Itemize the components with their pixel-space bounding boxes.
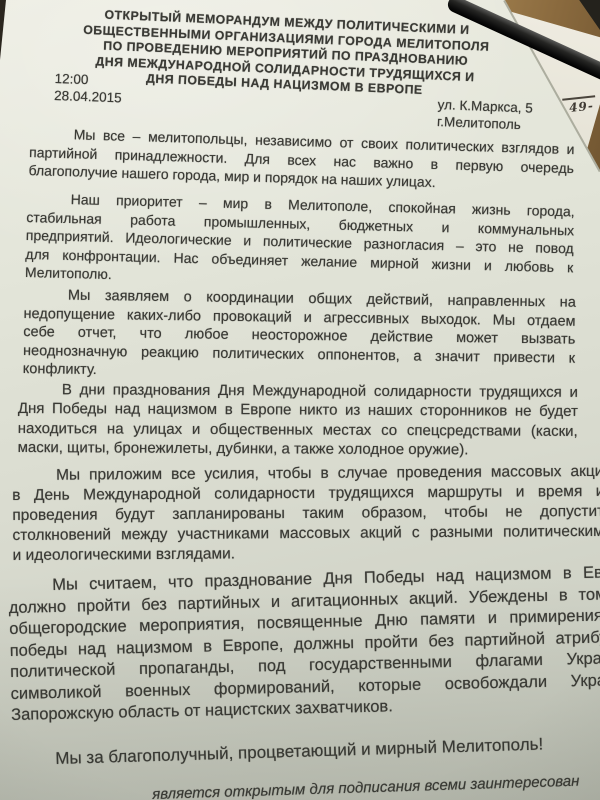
text-line: столкновений между участниками массовых …	[12, 522, 600, 546]
memo-footer-fragment: является открытым для подписания всеми з…	[152, 773, 580, 800]
paragraph-4: В дни празднования Дня Международной сол…	[18, 380, 578, 460]
memo-address: ул. К.Маркса, 5 г.Мелитополь	[437, 96, 533, 134]
text-line: маски, щиты, бронежилеты, дубинки, а так…	[18, 438, 578, 460]
address-city: г.Мелитополь	[437, 113, 533, 134]
paragraph-5: Мы приложим все усилия, чтобы в случае п…	[12, 462, 600, 566]
text-line: и идеологическими взглядами.	[13, 542, 600, 566]
memo-document: ОТКРЫТЫЙ МЕМОРАНДУМ МЕЖДУ ПОЛИТИЧЕСКИМИ …	[0, 0, 600, 800]
paragraph-3: Мы заявляем о координации общих действий…	[23, 286, 576, 387]
paragraph-6: Мы считаем, что празднование Дня Победы …	[8, 562, 600, 727]
memo-datetime: 12:00 28.04.2015	[54, 70, 123, 106]
paragraph-2: Наш приоритет – мир в Мелитополе, спокой…	[25, 189, 575, 295]
photo-frame: 49- ОТКРЫТЫЙ МЕМОРАНДУМ МЕЖДУ ПОЛИТИЧЕСК…	[0, 0, 600, 800]
memo-date: 28.04.2015	[54, 87, 122, 106]
memo-slogan: Мы за благополучный, процветающий и мирн…	[55, 735, 543, 769]
text-line: Дня Победы над нацизмом в Европе никто и…	[18, 399, 578, 421]
paragraph-1: Мы все – мелитопольцы, независимо от сво…	[28, 124, 574, 196]
memo-title: ОТКРЫТЫЙ МЕМОРАНДУМ МЕЖДУ ПОЛИТИЧЕСКИМИ …	[62, 6, 510, 103]
